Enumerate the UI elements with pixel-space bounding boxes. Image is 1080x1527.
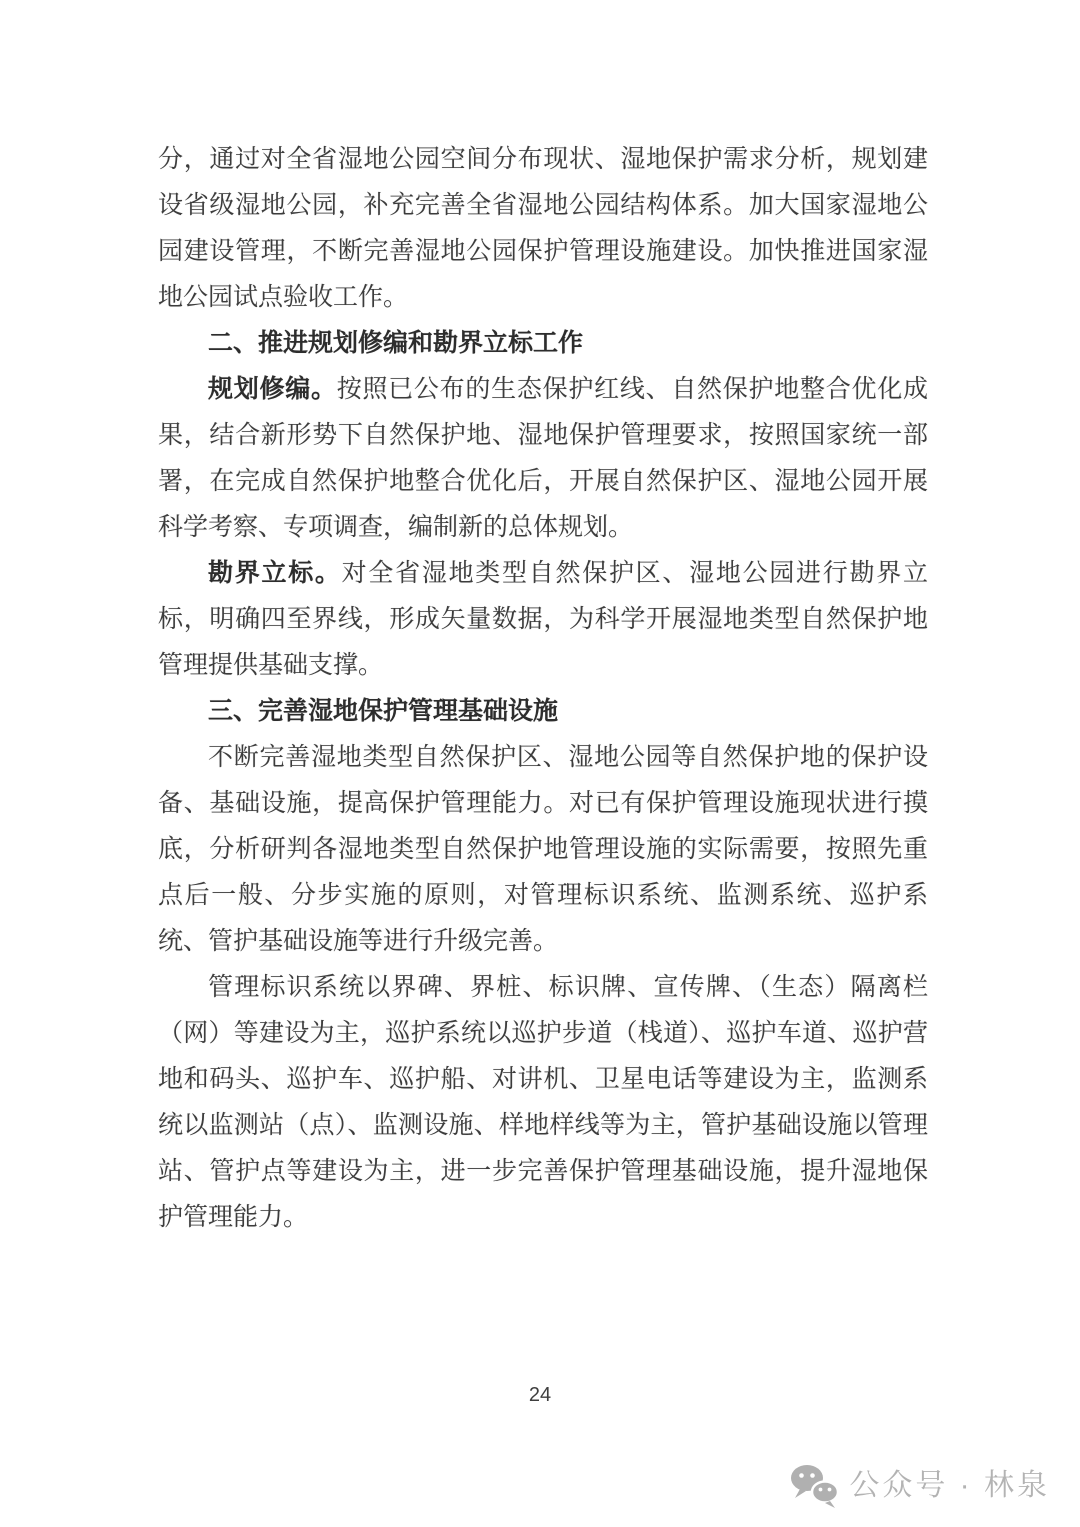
bold-text-run: 二、推进规划修编和勘界立标工作 bbox=[208, 330, 583, 357]
document-body: 分，通过对全省湿地公园空间分布现状、湿地保护需求分析，规划建设省级湿地公园，补充… bbox=[158, 137, 928, 1241]
watermark-text: 公众号 · 林泉 bbox=[849, 1471, 1050, 1501]
paragraph: 管理标识系统以界碑、界桩、标识牌、宣传牌、（生态）隔离栏（网）等建设为主，巡护系… bbox=[158, 965, 928, 1241]
paragraph: 规划修编。按照已公布的生态保护红线、自然保护地整合优化成果，结合新形势下自然保护… bbox=[158, 367, 928, 551]
section-heading: 三、完善湿地保护管理基础设施 bbox=[158, 689, 928, 735]
text-run: 管理标识系统以界碑、界桩、标识牌、宣传牌、（生态）隔离栏（网）等建设为主，巡护系… bbox=[158, 974, 928, 1231]
document-page: 分，通过对全省湿地公园空间分布现状、湿地保护需求分析，规划建设省级湿地公园，补充… bbox=[0, 0, 1080, 1527]
paragraph: 分，通过对全省湿地公园空间分布现状、湿地保护需求分析，规划建设省级湿地公园，补充… bbox=[158, 137, 928, 321]
wechat-icon bbox=[789, 1464, 839, 1508]
paragraph: 不断完善湿地类型自然保护区、湿地公园等自然保护地的保护设备、基础设施，提高保护管… bbox=[158, 735, 928, 965]
watermark: 公众号 · 林泉 bbox=[789, 1464, 1050, 1508]
section-heading: 二、推进规划修编和勘界立标工作 bbox=[158, 321, 928, 367]
text-run: 分，通过对全省湿地公园空间分布现状、湿地保护需求分析，规划建设省级湿地公园，补充… bbox=[158, 146, 928, 311]
bold-text-run: 三、完善湿地保护管理基础设施 bbox=[208, 698, 558, 725]
page-number: 24 bbox=[0, 1384, 1080, 1407]
text-run: 不断完善湿地类型自然保护区、湿地公园等自然保护地的保护设备、基础设施，提高保护管… bbox=[158, 744, 928, 955]
bold-text-run: 规划修编。 bbox=[208, 376, 337, 403]
paragraph: 勘界立标。对全省湿地类型自然保护区、湿地公园进行勘界立标，明确四至界线，形成矢量… bbox=[158, 551, 928, 689]
bold-text-run: 勘界立标。 bbox=[208, 560, 342, 587]
